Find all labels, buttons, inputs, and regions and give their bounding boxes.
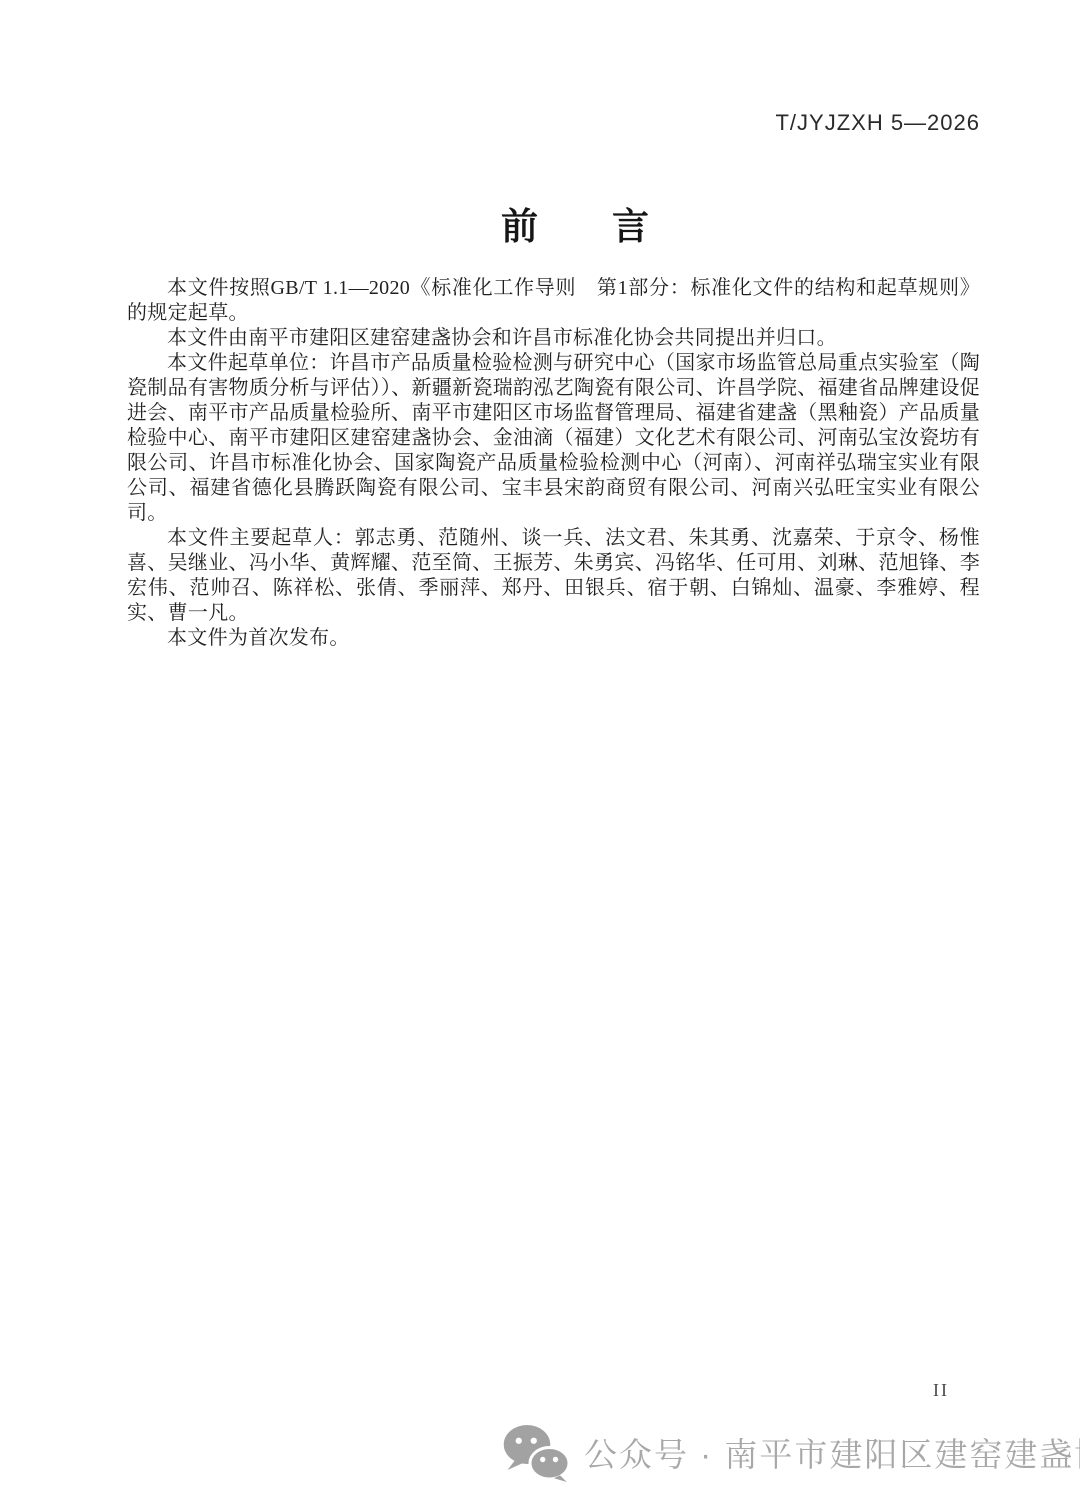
foreword-paragraph-basis: 本文件按照GB/T 1.1—2020《标准化工作导则 第1部分：标准化文件的结构… (127, 276, 980, 326)
foreword-paragraph-proposers: 本文件由南平市建阳区建窑建盏协会和许昌市标准化协会共同提出并归口。 (127, 326, 980, 351)
wechat-watermark: 公众号 · 南平市建阳区建窑建盏协会 (500, 1422, 1080, 1482)
page-number: II (933, 1380, 949, 1401)
standard-code: T/JYJZXH 5—2026 (775, 110, 980, 136)
watermark-text: 公众号 · 南平市建阳区建窑建盏协会 (584, 1429, 1080, 1476)
foreword-paragraph-drafters: 本文件主要起草人：郭志勇、范随州、谈一兵、法文君、朱其勇、沈嘉荣、于京令、杨惟喜… (127, 526, 980, 626)
foreword-paragraph-drafting-units: 本文件起草单位：许昌市产品质量检验检测与研究中心（国家市场监管总局重点实验室（陶… (127, 351, 980, 526)
page-title: 前 言 (35, 196, 1080, 250)
foreword-body: 本文件按照GB/T 1.1—2020《标准化工作导则 第1部分：标准化文件的结构… (127, 276, 980, 651)
wechat-icon (500, 1422, 572, 1482)
document-page: T/JYJZXH 5—2026 前 言 本文件按照GB/T 1.1—2020《标… (0, 0, 1080, 1488)
foreword-paragraph-first-issue: 本文件为首次发布。 (127, 626, 980, 651)
